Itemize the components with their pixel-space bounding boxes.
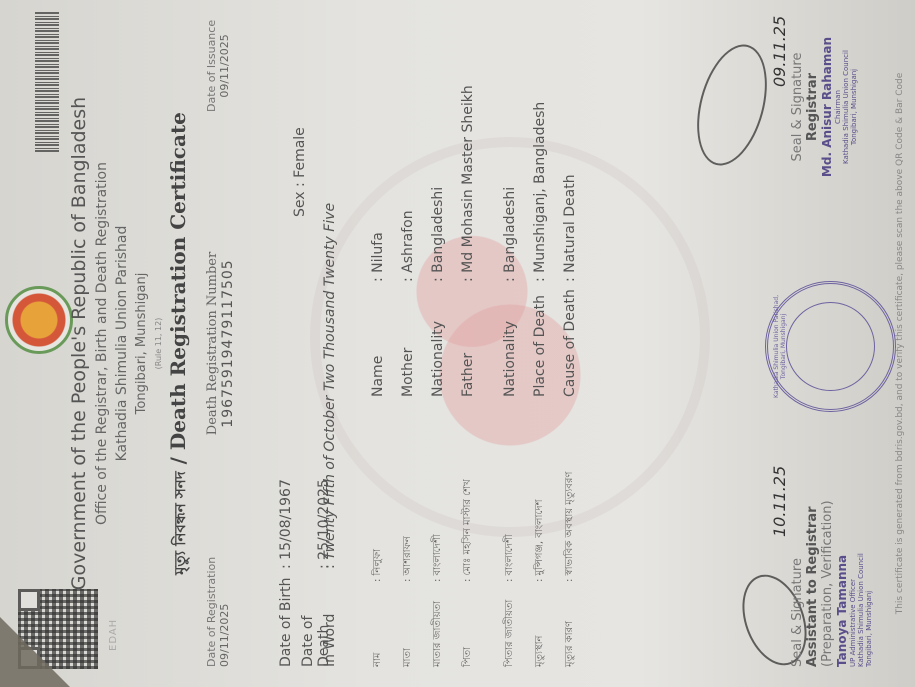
certificate-title: মৃত্যু নিবন্ধন সনদ / Death Registration … xyxy=(166,0,194,687)
union-heading: Kathadia Shimulia Union Parishad xyxy=(114,0,130,687)
in-word-label: In Word xyxy=(322,569,338,667)
field-value-bn: : বাংলাদেশী xyxy=(502,397,519,582)
field-label-bn: মৃত্যুর কারণ xyxy=(562,582,579,667)
government-emblem-icon xyxy=(5,286,73,354)
field-value-en: : Natural Death xyxy=(562,12,578,282)
dob-label: Date of Birth xyxy=(278,569,294,667)
field-value-bn: : বাংলাদেশী xyxy=(430,397,447,582)
registrar-title: Chairman xyxy=(834,17,842,197)
rule-reference: (Rule 11, 12) xyxy=(154,0,163,687)
field-row: পিতার জাতীয়তা: বাংলাদেশীNationality: Ba… xyxy=(502,7,532,667)
in-word-value: Twenty Fifth of October Two Thousand Twe… xyxy=(322,203,338,560)
office-heading: Office of the Registrar, Birth and Death… xyxy=(94,0,110,687)
dob-value: 15/08/1967 xyxy=(278,479,294,560)
field-value-en: : Md Mohasin Master Sheikh xyxy=(460,12,476,282)
in-word-row: In Word: Twenty Fifth of October Two Tho… xyxy=(322,203,338,667)
assistant-place: Tongibari, Munshiganj xyxy=(865,447,873,667)
sex-label: Sex xyxy=(292,191,308,217)
date-of-issuance: Date of Issuance 09/11/2025 xyxy=(205,20,231,112)
registrar-name: Md. Anisur Rahaman xyxy=(820,17,834,197)
registrar-signature-block: Seal & Signature Registrar Md. Anisur Ra… xyxy=(790,17,858,197)
government-heading: Government of the People's Republic of B… xyxy=(68,0,90,687)
registrar-role: Registrar xyxy=(805,17,820,197)
field-label-bn: পিতা xyxy=(460,582,477,667)
colon: : xyxy=(278,564,294,569)
field-label-bn: মৃত্যুস্থান xyxy=(532,582,549,667)
field-row: পিতা: মোঃ মহসিন মাস্টার শেখFather: Md Mo… xyxy=(460,7,502,667)
field-value-en: : Munshiganj, Bangladesh xyxy=(532,12,548,282)
sex-row: Sex : Female xyxy=(292,127,308,217)
field-label-bn: মাতার জাতীয়তা xyxy=(430,582,447,667)
seal-signature-label: Seal & Signature xyxy=(790,17,805,197)
date-of-issuance-label: Date of Issuance xyxy=(205,20,218,112)
field-label-bn: মাতা xyxy=(400,582,417,667)
field-label-en: Place of Death xyxy=(532,282,548,397)
seal-text: Kathadia Shimulia Union Parishad, Tongib… xyxy=(773,294,787,399)
registrar-signature-scribble xyxy=(685,37,779,173)
assistant-handwritten-date: 10.11.25 xyxy=(770,466,789,537)
colon: : xyxy=(322,564,338,569)
field-value-bn: : নিলুফা xyxy=(370,397,387,582)
union-parishad-seal: Kathadia Shimulia Union Parishad, Tongib… xyxy=(765,281,896,412)
field-value-en: : Bangladeshi xyxy=(430,12,446,282)
field-row: মাতার জাতীয়তা: বাংলাদেশীNationality: Ba… xyxy=(430,7,460,667)
field-value-bn: : স্বাভাবিক অবস্থায় মৃত্যুবরণ xyxy=(562,397,579,582)
field-label-en: Nationality xyxy=(430,282,446,397)
field-label-en: Mother xyxy=(400,282,416,397)
field-label-en: Father xyxy=(460,282,476,397)
seal-signature-label: Seal & Signature xyxy=(790,447,805,667)
seal-inner-ring xyxy=(786,302,875,391)
sex-value: Female xyxy=(292,127,308,178)
title-bn: মৃত্যু নিবন্ধন সনদ xyxy=(171,471,189,575)
field-value-en: : Bangladeshi xyxy=(502,12,518,282)
assistant-role: Assistant to Registrar xyxy=(805,447,820,667)
verification-footer: This certificate is generated from bdris… xyxy=(895,0,905,687)
field-row: মাতা: আশরাফনMother: Ashrafon xyxy=(400,7,430,667)
field-label-en: Name xyxy=(370,282,386,397)
field-row: মৃত্যুর কারণ: স্বাভাবিক অবস্থায় মৃত্যুব… xyxy=(562,7,592,667)
field-row: নাম: নিলুফাName: Nilufa xyxy=(370,7,400,667)
detail-fields: নাম: নিলুফাName: Nilufaমাতা: আশরাফনMothe… xyxy=(370,7,592,667)
field-label-en: Cause of Death xyxy=(562,282,578,397)
title-separator: / xyxy=(166,450,190,471)
dob-row: Date of Birth: 15/08/1967 xyxy=(278,479,294,667)
date-of-issuance-value: 09/11/2025 xyxy=(218,20,231,112)
field-row: মৃত্যুস্থান: মুন্সিগঞ্জ, বাংলাদেশPlace o… xyxy=(532,7,562,667)
assistant-title: UP Administrative Officer xyxy=(849,447,857,667)
field-label-en: Nationality xyxy=(502,282,518,397)
assistant-org: Kathadia Shimulia Union Council xyxy=(857,447,865,667)
field-value-bn: : আশরাফন xyxy=(400,397,417,582)
registrar-handwritten-date: 09.11.25 xyxy=(770,16,789,87)
field-value-bn: : মুন্সিগঞ্জ, বাংলাদেশ xyxy=(532,397,549,582)
field-value-en: : Nilufa xyxy=(370,12,386,282)
location-heading: Tongibari, Munshiganj xyxy=(134,0,149,687)
barcode xyxy=(35,12,59,152)
colon: : xyxy=(292,182,308,187)
field-label-bn: পিতার জাতীয়তা xyxy=(502,582,519,667)
registrar-place: Tongibari, Munshiganj xyxy=(850,17,858,197)
death-certificate-page: EDAH Government of the People's Republic… xyxy=(0,0,915,687)
registrar-org: Kathadia Shimulia Union Council xyxy=(842,17,850,197)
photo-shadow xyxy=(0,617,70,687)
assistant-name: Tanoya Tamanna xyxy=(835,447,849,667)
title-en: Death Registration Certificate xyxy=(166,112,190,450)
assistant-signature-block: Seal & Signature Assistant to Registrar … xyxy=(790,447,873,667)
field-value-en: : Ashrafon xyxy=(400,12,416,282)
field-value-bn: : মোঃ মহসিন মাস্টার শেখ xyxy=(460,397,477,582)
assistant-role-note: (Preparation, Verification) xyxy=(820,447,835,667)
field-label-bn: নাম xyxy=(370,582,387,667)
